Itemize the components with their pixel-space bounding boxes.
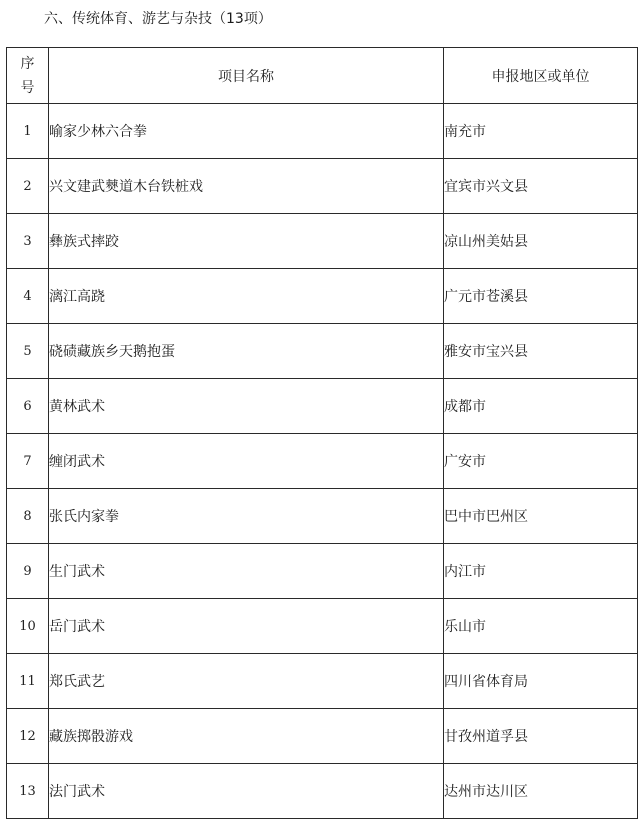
table-row: 1 喻家少林六合拳 南充市	[7, 104, 638, 159]
table-header-row: 序 号 项目名称 申报地区或单位	[7, 48, 638, 104]
row-number: 4	[7, 269, 49, 324]
item-region: 甘孜州道孚县	[444, 709, 638, 764]
item-region: 成都市	[444, 379, 638, 434]
table-row: 12 藏族掷骰游戏 甘孜州道孚县	[7, 709, 638, 764]
table-row: 5 硗碛藏族乡天鹅抱蛋 雅安市宝兴县	[7, 324, 638, 379]
item-name: 张氏内家拳	[49, 489, 444, 544]
section-title: 六、传统体育、游艺与杂技（13项）	[44, 9, 272, 29]
row-number: 6	[7, 379, 49, 434]
item-name: 藏族掷骰游戏	[49, 709, 444, 764]
item-name: 喻家少林六合拳	[49, 104, 444, 159]
header-serial-line1: 序	[7, 52, 48, 76]
item-name: 缠闭武术	[49, 434, 444, 489]
item-region: 内江市	[444, 544, 638, 599]
table-row: 4 漓江高跷 广元市苍溪县	[7, 269, 638, 324]
item-name: 彝族式摔跤	[49, 214, 444, 269]
row-number: 3	[7, 214, 49, 269]
item-region: 达州市达川区	[444, 764, 638, 819]
item-region: 雅安市宝兴县	[444, 324, 638, 379]
item-region: 巴中市巴州区	[444, 489, 638, 544]
item-name: 郑氏武艺	[49, 654, 444, 709]
table-row: 7 缠闭武术 广安市	[7, 434, 638, 489]
item-region: 广安市	[444, 434, 638, 489]
item-name: 岳门武术	[49, 599, 444, 654]
table-row: 10 岳门武术 乐山市	[7, 599, 638, 654]
item-name: 黄林武术	[49, 379, 444, 434]
row-number: 5	[7, 324, 49, 379]
table-row: 6 黄林武术 成都市	[7, 379, 638, 434]
row-number: 12	[7, 709, 49, 764]
table-row: 13 法门武术 达州市达川区	[7, 764, 638, 819]
item-region: 广元市苍溪县	[444, 269, 638, 324]
header-serial-line2: 号	[7, 76, 48, 100]
table-row: 3 彝族式摔跤 凉山州美姑县	[7, 214, 638, 269]
row-number: 1	[7, 104, 49, 159]
table-row: 11 郑氏武艺 四川省体育局	[7, 654, 638, 709]
item-region: 南充市	[444, 104, 638, 159]
item-name: 漓江高跷	[49, 269, 444, 324]
row-number: 11	[7, 654, 49, 709]
row-number: 7	[7, 434, 49, 489]
item-region: 凉山州美姑县	[444, 214, 638, 269]
item-region: 四川省体育局	[444, 654, 638, 709]
row-number: 10	[7, 599, 49, 654]
item-region: 宜宾市兴文县	[444, 159, 638, 214]
item-name: 法门武术	[49, 764, 444, 819]
item-name: 兴文建武僰道木台铁桩戏	[49, 159, 444, 214]
row-number: 13	[7, 764, 49, 819]
row-number: 2	[7, 159, 49, 214]
table-row: 8 张氏内家拳 巴中市巴州区	[7, 489, 638, 544]
item-region: 乐山市	[444, 599, 638, 654]
heritage-items-table: 序 号 项目名称 申报地区或单位 1 喻家少林六合拳 南充市 2 兴文建武僰道木…	[6, 47, 638, 819]
item-name: 生门武术	[49, 544, 444, 599]
row-number: 9	[7, 544, 49, 599]
table-row: 2 兴文建武僰道木台铁桩戏 宜宾市兴文县	[7, 159, 638, 214]
header-item-name: 项目名称	[49, 48, 444, 104]
header-region: 申报地区或单位	[444, 48, 638, 104]
header-serial-number: 序 号	[7, 48, 49, 104]
row-number: 8	[7, 489, 49, 544]
table-row: 9 生门武术 内江市	[7, 544, 638, 599]
item-name: 硗碛藏族乡天鹅抱蛋	[49, 324, 444, 379]
